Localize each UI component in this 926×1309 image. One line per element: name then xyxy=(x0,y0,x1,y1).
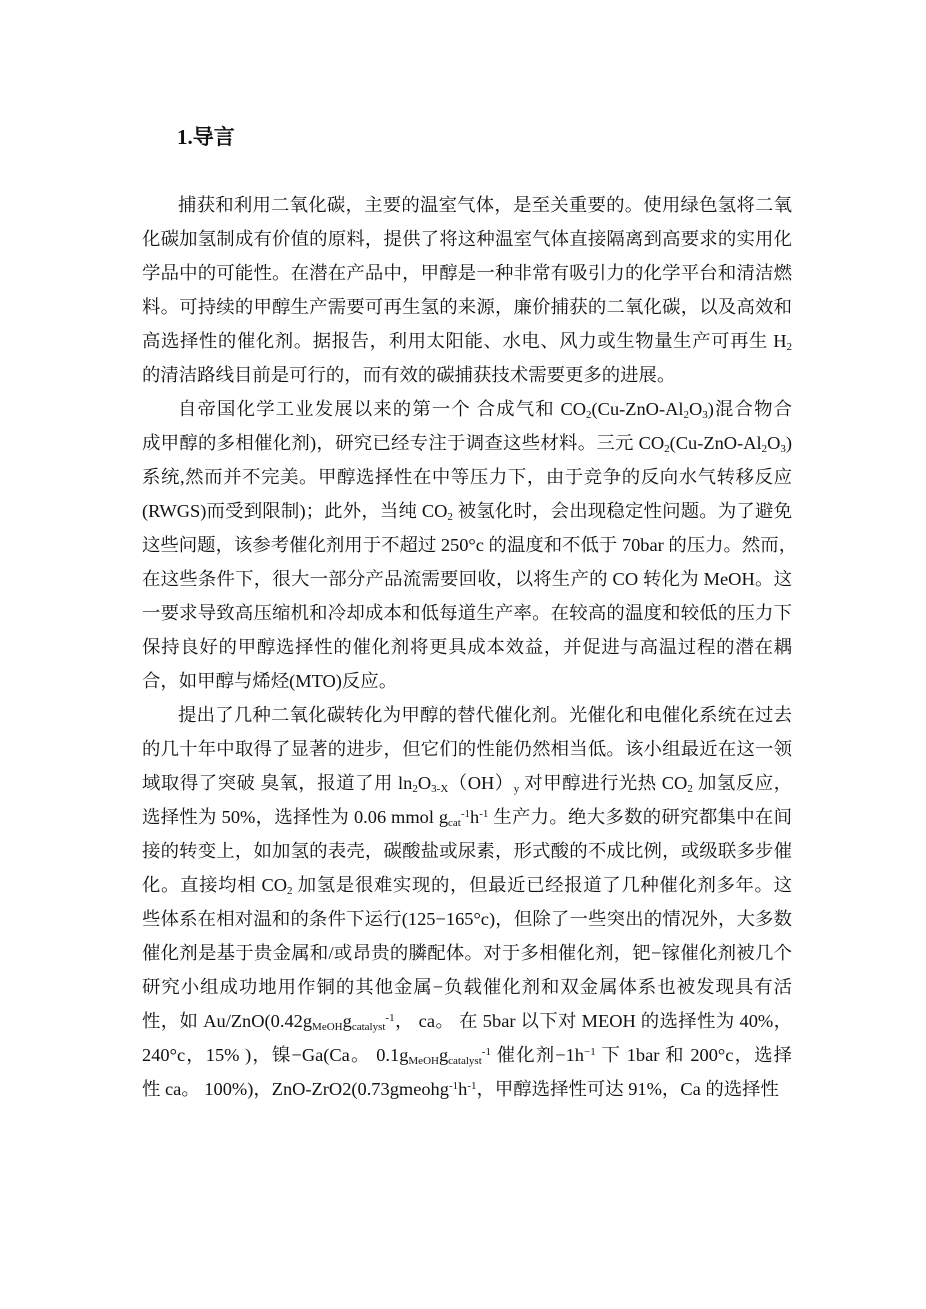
paragraph: 捕获和利用二氧化碳，主要的温室气体，是至关重要的。使用绿色氢将二氧化碳加氢制成有… xyxy=(142,190,792,394)
text-line: 性，如 Au/ZnO(0.42gMeOHgcatalyst-1， ca。 在 5… xyxy=(142,1006,792,1040)
text-run: )混合物合 xyxy=(708,399,792,419)
subscript: cat xyxy=(448,817,461,829)
document-page: 1.导言 捕获和利用二氧化碳，主要的温室气体，是至关重要的。使用绿色氢将二氧化碳… xyxy=(0,0,926,1309)
paragraph: 提出了几种二氧化碳转化为甲醇的替代催化剂。光催化和电催化系统在过去的几十年中取得… xyxy=(142,700,792,1108)
text-line: 捕获和利用二氧化碳，主要的温室气体，是至关重要的。使用绿色氢将二氧 xyxy=(142,190,792,224)
text-line: 学品中的可能性。在潜在产品中，甲醇是一种非常有吸引力的化学平台和清洁燃 xyxy=(142,258,792,292)
subscript: MeOH xyxy=(312,1021,343,1033)
text-run: 下 1bar 和 200°c，选择 xyxy=(596,1045,792,1065)
text-run: O xyxy=(418,773,431,793)
text-line: 合，如甲醇与烯烃(MTO)反应。 xyxy=(142,666,792,700)
text-run: 接的转变上，如加氢的表壳，碳酸盐或尿素，形式酸的不成比例，或级联多步催 xyxy=(142,841,792,861)
superscript: −1 xyxy=(584,1046,596,1058)
text-line: 选择性为 50%，选择性为 0.06 mmol gcat-1h-1 生产力。绝大… xyxy=(142,802,792,836)
text-run: 在这些条件下，很大一部分产品流需要回收，以将生产的 CO 转化为 MeOH。这 xyxy=(142,569,792,589)
subscript: catalyst xyxy=(352,1021,386,1033)
text-line: 催化剂是基于贵金属和/或昂贵的膦配体。对于多相催化剂，钯−镓催化剂被几个 xyxy=(142,938,792,972)
text-run: 催化剂−1h xyxy=(491,1045,584,1065)
text-run: 加氢反应， xyxy=(693,773,792,793)
text-line: 料。可持续的甲醇生产需要可再生氢的来源，廉价捕获的二氧化碳，以及高效和 xyxy=(142,292,792,326)
text-run: 提出了几种二氧化碳转化为甲醇的替代催化剂。光催化和电催化系统在过去 xyxy=(178,705,792,725)
text-run: (RWGS)而受到限制)；此外，当纯 CO xyxy=(142,501,447,521)
text-line: 的清洁路线目前是可行的，而有效的碳捕获技术需要更多的进展。 xyxy=(142,360,792,394)
text-run: 性 ca。 100%)，ZnO-ZrO2(0.73gmeohg xyxy=(142,1079,449,1099)
superscript: -1 xyxy=(385,1012,394,1024)
document-body: 捕获和利用二氧化碳，主要的温室气体，是至关重要的。使用绿色氢将二氧化碳加氢制成有… xyxy=(142,190,792,1108)
text-run: g xyxy=(343,1011,352,1031)
text-run: 料。可持续的甲醇生产需要可再生氢的来源，廉价捕获的二氧化碳，以及高效和 xyxy=(142,297,792,317)
text-run: 的清洁路线目前是可行的，而有效的碳捕获技术需要更多的进展。 xyxy=(142,365,675,385)
superscript: -1 xyxy=(482,1046,491,1058)
subscript: 2 xyxy=(787,341,793,353)
text-line: 在这些条件下，很大一部分产品流需要回收，以将生产的 CO 转化为 MeOH。这 xyxy=(142,564,792,598)
text-run: 捕获和利用二氧化碳，主要的温室气体，是至关重要的。使用绿色氢将二氧 xyxy=(178,195,792,215)
text-line: 些体系在相对温和的条件下运行(125−165°c)，但除了一些突出的情况外，大多… xyxy=(142,904,792,938)
text-line: (RWGS)而受到限制)；此外，当纯 CO2 被氢化时，会出现稳定性问题。为了避… xyxy=(142,496,792,530)
text-run: (Cu-ZnO-Al xyxy=(592,399,684,419)
text-run: 被氢化时，会出现稳定性问题。为了避免 xyxy=(453,501,792,521)
subscript: 3-X xyxy=(431,783,448,795)
text-run: 选择性为 50%，选择性为 0.06 mmol g xyxy=(142,807,448,827)
text-line: 成甲醇的多相催化剂)，研究已经专注于调查这些材料。三元 CO2(Cu-ZnO-A… xyxy=(142,428,792,462)
text-line: 性 ca。 100%)，ZnO-ZrO2(0.73gmeohg-1h-1，甲醇选… xyxy=(142,1074,792,1108)
text-line: 接的转变上，如加氢的表壳，碳酸盐或尿素，形式酸的不成比例，或级联多步催 xyxy=(142,836,792,870)
text-run: （OH） xyxy=(448,773,513,793)
text-run: g xyxy=(439,1045,448,1065)
subscript: MeOH xyxy=(408,1055,439,1067)
text-line: 研究小组成功地用作铜的其他金属−负载催化剂和双金属体系也被发现具有活 xyxy=(142,972,792,1006)
text-run: 这些问题，该参考催化剂用于不超过 250°c 的温度和不低于 70bar 的压力… xyxy=(142,535,797,555)
text-run: 性，如 Au/ZnO(0.42g xyxy=(142,1011,312,1031)
text-run: 生产力。绝大多数的研究都集中在间 xyxy=(488,807,792,827)
text-run: ，甲醇选择性可达 91%，Ca 的选择性 xyxy=(477,1079,779,1099)
text-run: 保持良好的甲醇选择性的催化剂将更具成本效益，并促进与高温过程的潜在耦 xyxy=(142,637,792,657)
text-run: 成甲醇的多相催化剂)，研究已经专注于调查这些材料。三元 CO xyxy=(142,433,664,453)
text-line: 系统,然而并不完美。甲醇选择性在中等压力下，由于竞争的反向水气转移反应 xyxy=(142,462,792,496)
subscript: catalyst xyxy=(448,1055,482,1067)
section-heading: 1.导言 xyxy=(177,122,235,152)
text-run: 高选择性的催化剂。据报告，利用太阳能、水电、风力或生物量生产可再生 H xyxy=(142,331,787,351)
text-run: O xyxy=(689,399,702,419)
text-line: 保持良好的甲醇选择性的催化剂将更具成本效益，并促进与高温过程的潜在耦 xyxy=(142,632,792,666)
text-run: O xyxy=(767,433,780,453)
superscript: -1 xyxy=(461,808,470,820)
text-run: h xyxy=(470,807,479,827)
text-line: 域取得了突破 臭氧，报道了用 ln2O3-X（OH）y 对甲醇进行光热 CO2 … xyxy=(142,768,792,802)
paragraph: 自帝国化学工业发展以来的第一个 合成气和 CO2(Cu-ZnO-Al2O3)混合… xyxy=(142,394,792,700)
superscript: -1 xyxy=(467,1080,476,1092)
text-line: 高选择性的催化剂。据报告，利用太阳能、水电、风力或生物量生产可再生 H2 xyxy=(142,326,792,360)
text-line: 自帝国化学工业发展以来的第一个 合成气和 CO2(Cu-ZnO-Al2O3)混合… xyxy=(142,394,792,428)
text-line: 这些问题，该参考催化剂用于不超过 250°c 的温度和不低于 70bar 的压力… xyxy=(142,530,792,564)
text-run: 系统,然而并不完美。甲醇选择性在中等压力下，由于竞争的反向水气转移反应 xyxy=(142,467,792,487)
text-line: 提出了几种二氧化碳转化为甲醇的替代催化剂。光催化和电催化系统在过去 xyxy=(142,700,792,734)
text-run: 合，如甲醇与烯烃(MTO)反应。 xyxy=(142,671,397,691)
text-run: (Cu-ZnO-Al xyxy=(670,433,762,453)
text-run: 加氢是很难实现的，但最近已经报道了几种催化剂多年。这 xyxy=(293,875,793,895)
text-run: 化碳加氢制成有价值的原料，提供了将这种温室气体直接隔离到高要求的实用化 xyxy=(142,229,792,249)
text-run: 一要求导致高压缩机和冷却成本和低每道生产率。在较高的温度和较低的压力下 xyxy=(142,603,792,623)
text-run: 些体系在相对温和的条件下运行(125−165°c)，但除了一些突出的情况外，大多… xyxy=(142,909,792,929)
text-run: 研究小组成功地用作铜的其他金属−负载催化剂和双金属体系也被发现具有活 xyxy=(142,977,792,997)
text-run: 催化剂是基于贵金属和/或昂贵的膦配体。对于多相催化剂，钯−镓催化剂被几个 xyxy=(142,943,792,963)
text-line: 的几十年中取得了显著的进步，但它们的性能仍然相当低。该小组最近在这一领 xyxy=(142,734,792,768)
text-run: ) xyxy=(786,433,792,453)
text-run: ， ca。 在 5bar 以下对 MEOH 的选择性为 40%， xyxy=(395,1011,792,1031)
superscript: -1 xyxy=(449,1080,458,1092)
text-run: h xyxy=(458,1079,467,1099)
text-line: 化碳加氢制成有价值的原料，提供了将这种温室气体直接隔离到高要求的实用化 xyxy=(142,224,792,258)
text-run: 对甲醇进行光热 CO xyxy=(519,773,687,793)
text-line: 化。直接均相 CO2 加氢是很难实现的，但最近已经报道了几种催化剂多年。这 xyxy=(142,870,792,904)
text-run: 学品中的可能性。在潜在产品中，甲醇是一种非常有吸引力的化学平台和清洁燃 xyxy=(142,263,792,283)
text-line: 240°c，15% )，镍−Ga(Ca。 0.1gMeOHgcatalyst-1… xyxy=(142,1040,792,1074)
text-run: 的几十年中取得了显著的进步，但它们的性能仍然相当低。该小组最近在这一领 xyxy=(142,739,792,759)
text-line: 一要求导致高压缩机和冷却成本和低每道生产率。在较高的温度和较低的压力下 xyxy=(142,598,792,632)
text-run: 240°c，15% )，镍−Ga(Ca。 0.1g xyxy=(142,1045,408,1065)
text-run: 自帝国化学工业发展以来的第一个 合成气和 CO xyxy=(178,399,586,419)
text-run: 化。直接均相 CO xyxy=(142,875,287,895)
text-run: 域取得了突破 臭氧，报道了用 ln xyxy=(142,773,412,793)
